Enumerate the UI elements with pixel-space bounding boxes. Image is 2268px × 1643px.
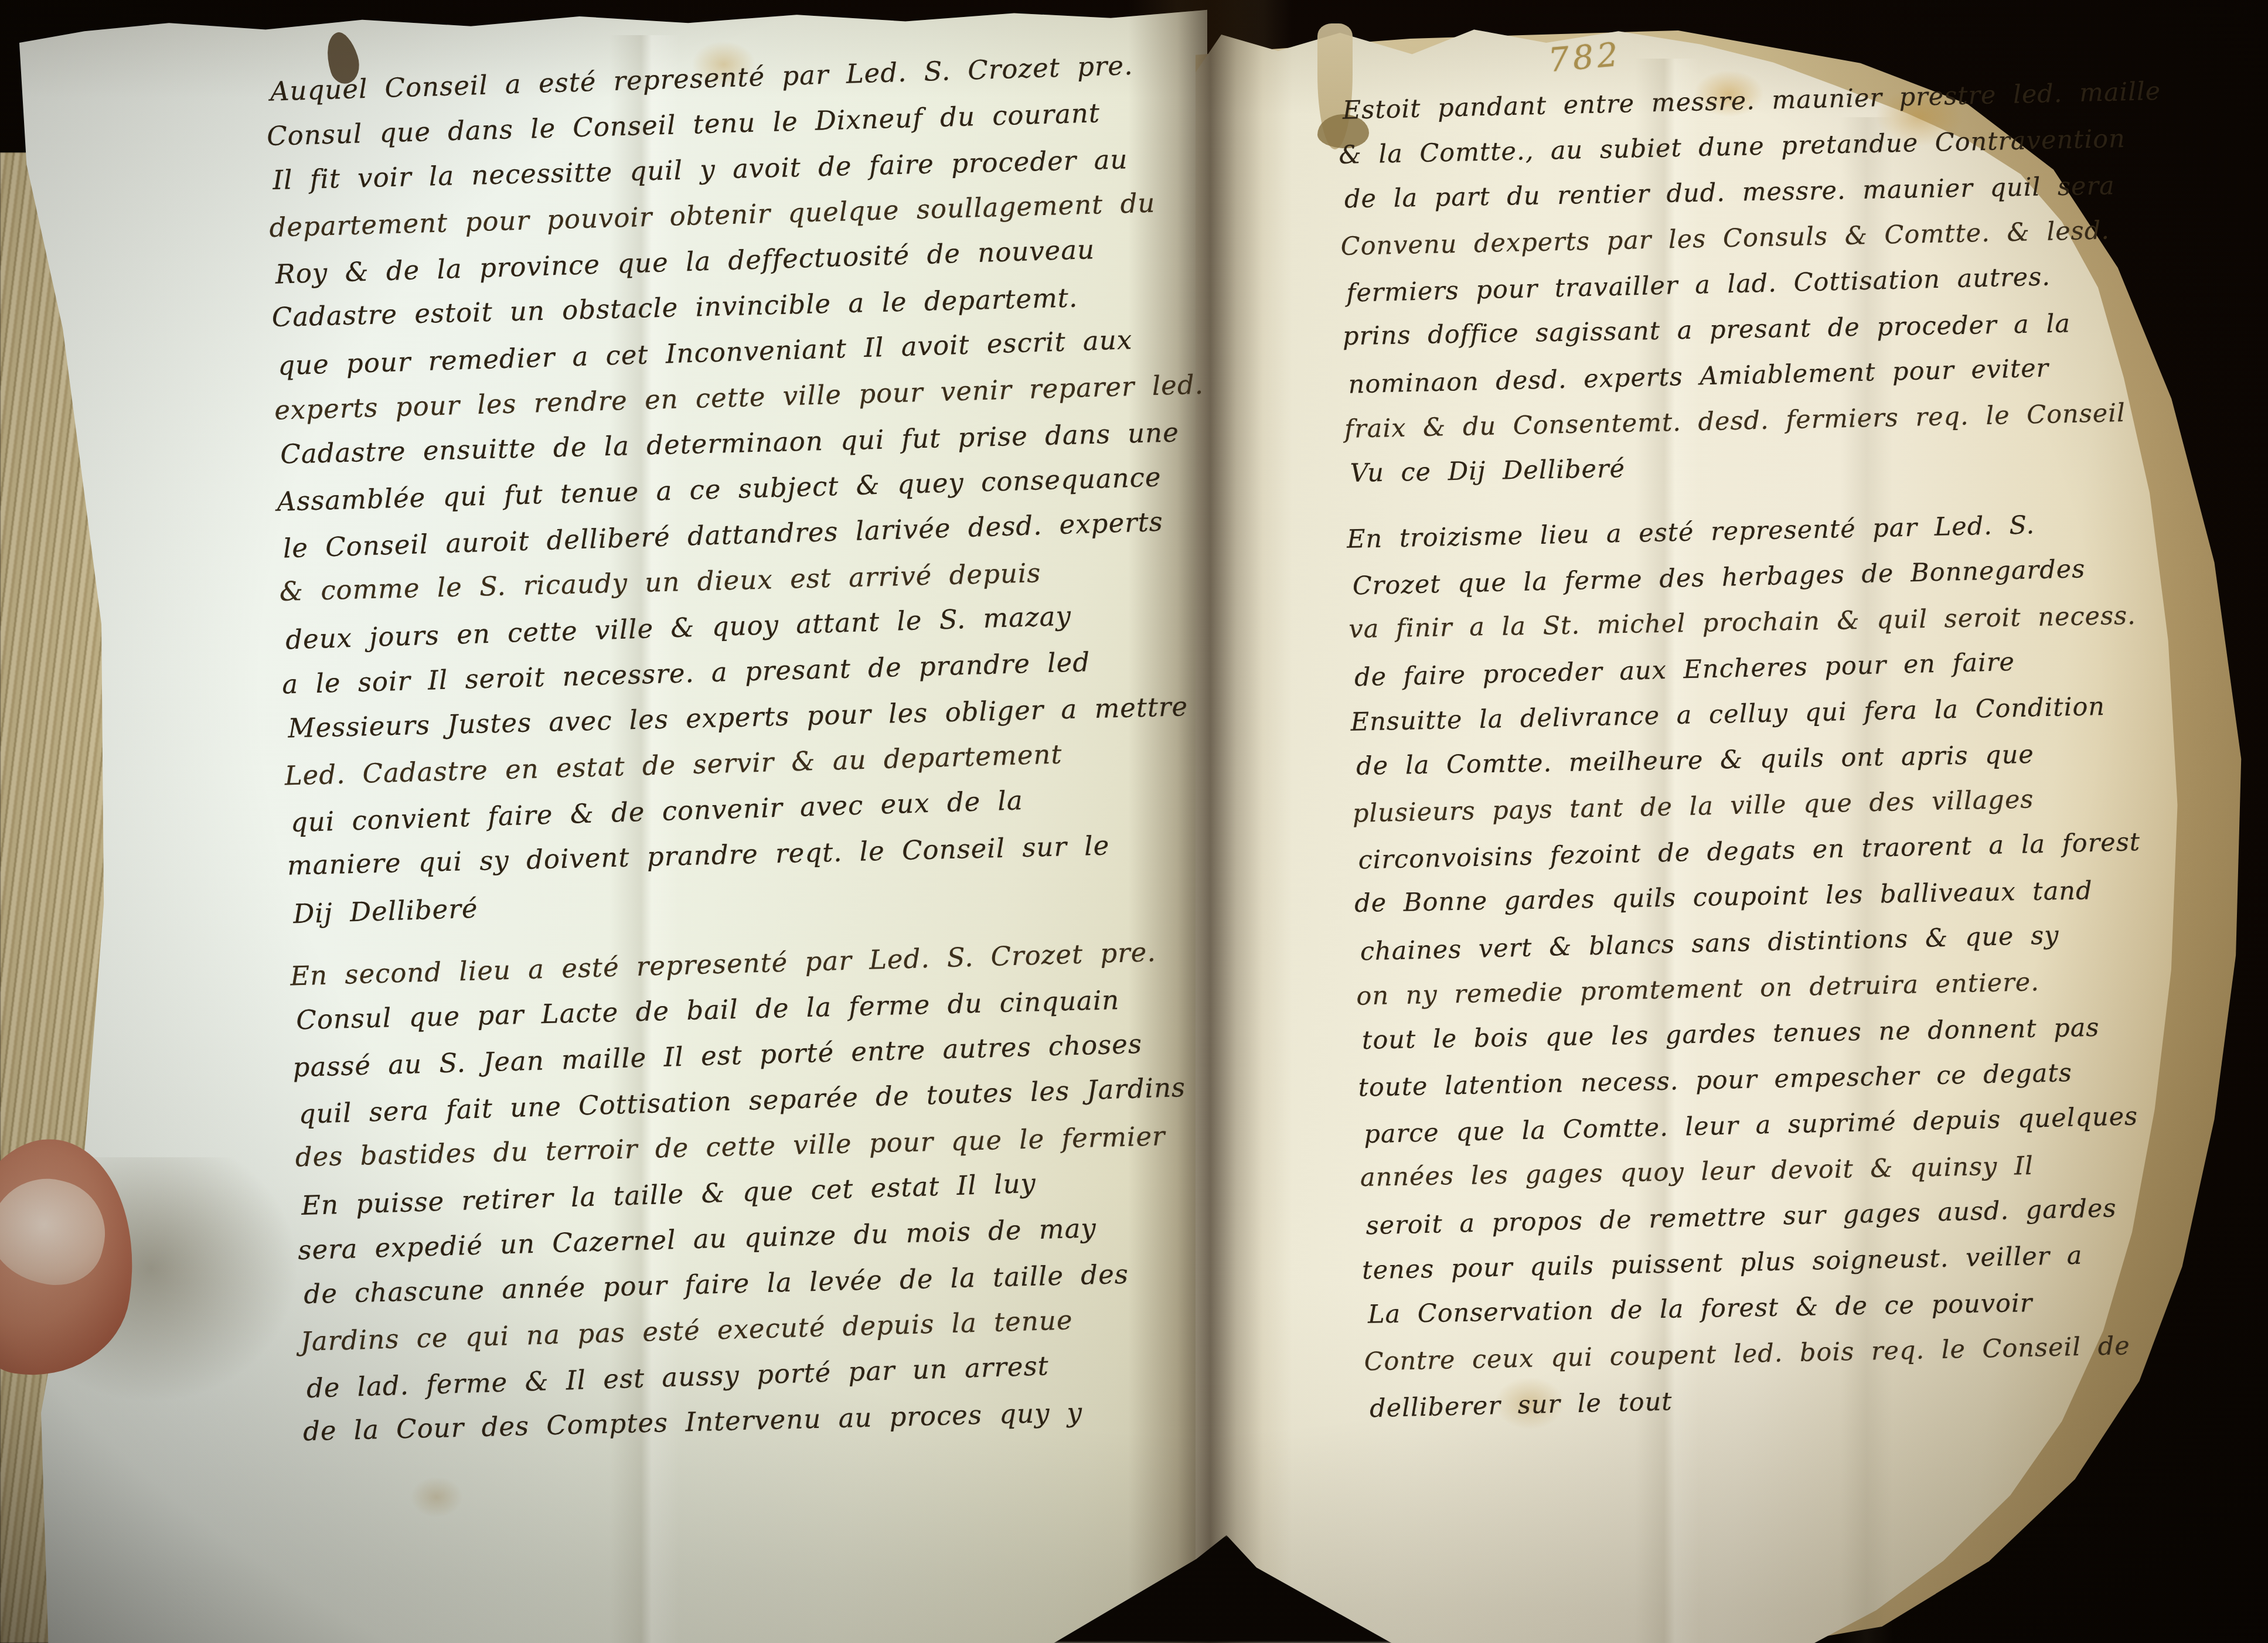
right-page-text: Estoit pandant entre messre. maunier pre… — [1337, 69, 2233, 1430]
page-number: 782 — [1547, 36, 1623, 80]
left-page-text: Auquel Conseil a esté representé par Led… — [265, 42, 1230, 1456]
manuscript-photo: 782 Auquel Conseil a esté representé par… — [0, 0, 2268, 1643]
foxing-stain — [410, 1477, 463, 1518]
